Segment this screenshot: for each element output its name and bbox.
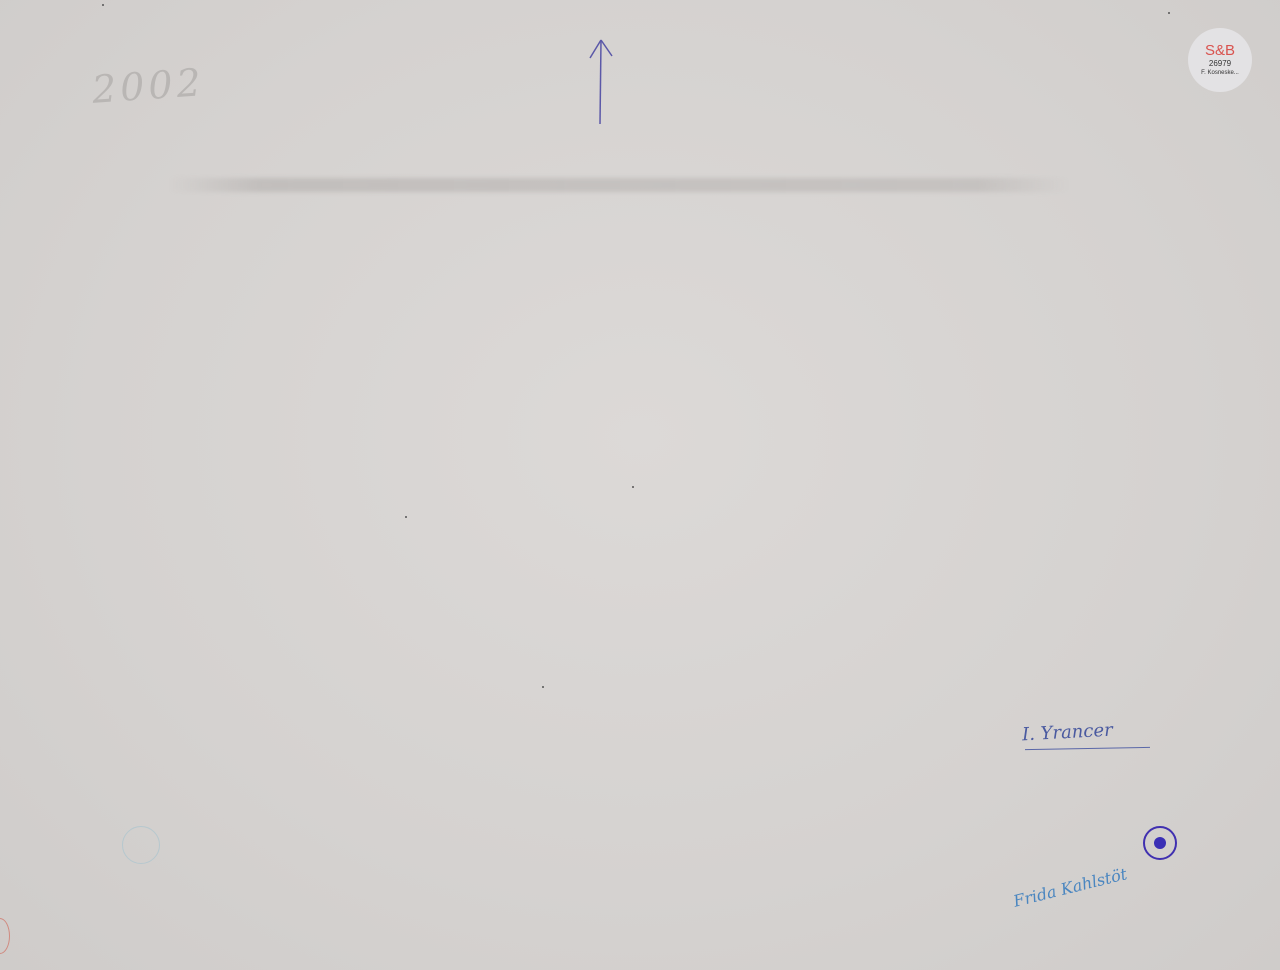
speck <box>1168 12 1170 14</box>
label-number: 26979 <box>1209 59 1231 69</box>
speck <box>542 686 544 688</box>
blue-stamp-icon <box>1143 826 1177 860</box>
speck <box>102 4 104 6</box>
faded-stamp-icon <box>122 826 160 864</box>
label-brand: S&B <box>1205 43 1235 59</box>
label-name: F. Kosneske... <box>1201 69 1239 77</box>
orientation-arrow-icon <box>585 36 615 128</box>
show-through-text-band <box>170 178 1070 192</box>
paper-background <box>0 0 1280 970</box>
pencil-inventory-number: 2002 <box>91 60 207 112</box>
speck <box>405 516 407 518</box>
speck <box>632 486 634 488</box>
auction-label-sticker: S&B 26979 F. Kosneske... <box>1188 28 1252 92</box>
